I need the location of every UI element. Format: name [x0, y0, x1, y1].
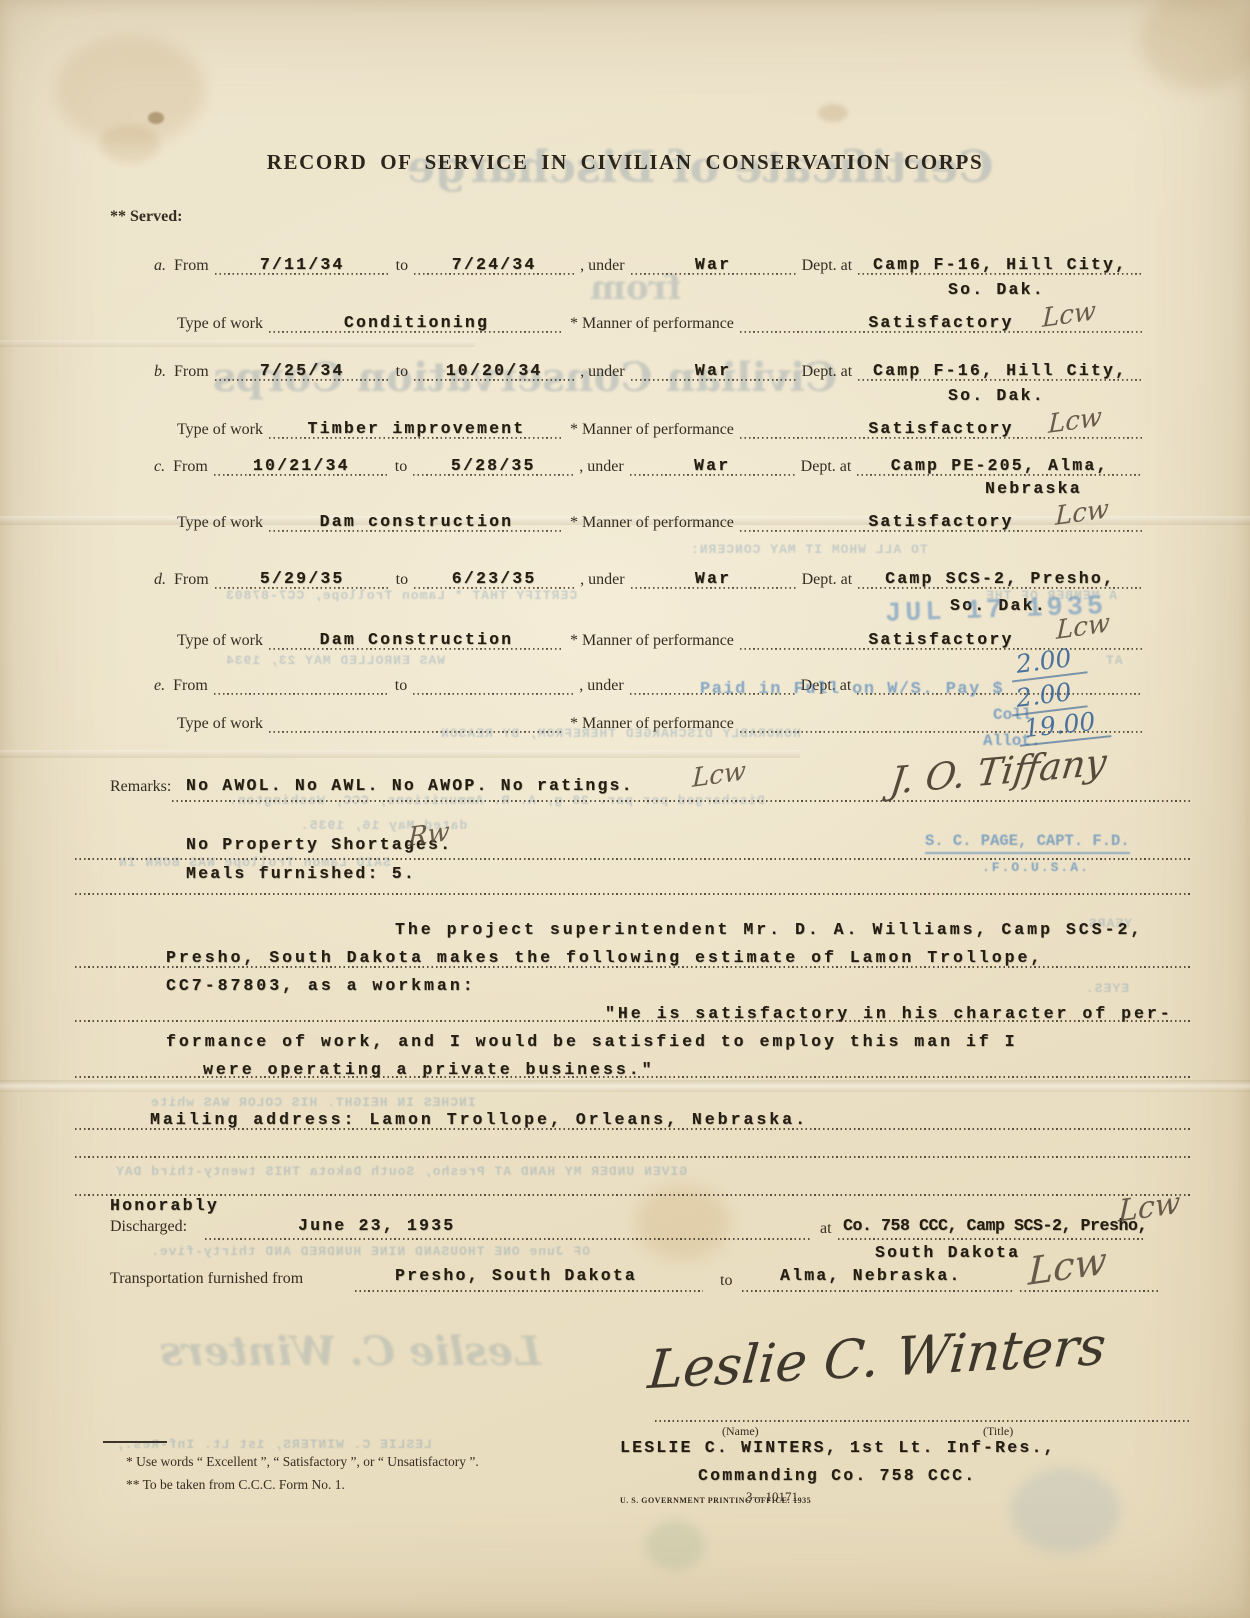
manner-label: * Manner of performance	[570, 632, 734, 650]
estimate-line1: The project superintendent Mr. D. A. Wil…	[395, 920, 1143, 939]
bleedthrough-line: OF June ONE THOUSAND NINE HUNDRED AND th…	[150, 1244, 590, 1259]
form-number: 3—10171	[746, 1489, 798, 1505]
commander-signature-script: Leslie C. Winters	[646, 1316, 1109, 1401]
commander-typed-title: Commanding Co. 758 CCC.	[698, 1466, 976, 1485]
officer-name-stamp: S. C. PAGE, CAPT. F.D.	[925, 832, 1130, 854]
dept-entry-line2: So. Dak.	[948, 386, 1045, 405]
paid-in-full-stamp: Paid in Full on W/S. Pay $	[700, 680, 1004, 699]
discharge-location-line2: South Dakota	[875, 1243, 1020, 1262]
crease-3	[0, 1080, 1250, 1092]
dept-label: Dept. at	[801, 458, 852, 476]
manner-label: * Manner of performance	[570, 421, 734, 439]
transport-label: Transportation furnished from	[110, 1270, 303, 1288]
stain-spot	[148, 112, 164, 124]
under-label: , under	[580, 363, 624, 381]
discharge-date: June 23, 1935	[298, 1216, 455, 1235]
from-entry	[214, 670, 389, 695]
from-label: From	[174, 571, 209, 589]
footnote-1: * Use words “ Excellent ”, “ Satisfactor…	[126, 1454, 479, 1470]
dept-entry: Camp F-16, Hill City,	[858, 250, 1142, 275]
estimate-line3: CC7-87803, as a workman:	[166, 976, 476, 995]
officer-org-stamp: .F.O.U.S.A.	[982, 860, 1090, 875]
bleedthrough-line: INCHES IN HEIGHT. HIS COLOR WAS white	[150, 1095, 476, 1110]
row-letter: d.	[154, 571, 166, 589]
title-caption: (Title)	[983, 1424, 1013, 1439]
served-label: ** Served:	[110, 208, 182, 226]
from-label: From	[173, 458, 208, 476]
work-row-a: Type of work Conditioning * Manner of pe…	[177, 308, 1142, 333]
estimate-line2: Presho, South Dakota makes the following…	[166, 948, 1043, 967]
dept-entry: Camp PE-205, Alma,	[857, 451, 1142, 476]
under-entry: War	[631, 250, 796, 275]
bleedthrough-line: LESLIE C. WINTERS, 1st Lt. Inf-Res.,	[115, 1437, 432, 1452]
stain-spot-3	[818, 104, 848, 122]
dept-label: Dept. at	[802, 363, 853, 381]
to-label: to	[396, 257, 408, 275]
from-entry: 7/11/34	[215, 250, 390, 275]
to-entry: 6/23/35	[414, 564, 574, 589]
at-label: at	[820, 1220, 832, 1238]
handwritten-initials: Lcw	[1028, 1238, 1108, 1294]
discharge-location: Co. 758 CCC, Camp SCS-2, Presho,	[843, 1216, 1147, 1235]
stain-middle	[635, 1185, 730, 1260]
dotted-rule	[742, 1290, 1012, 1292]
to-entry: 7/24/34	[414, 250, 574, 275]
under-label: , under	[579, 458, 623, 476]
transport-from: Presho, South Dakota	[395, 1266, 637, 1285]
dept-entry: Camp SCS-2, Presho,	[858, 564, 1142, 589]
bleedthrough-line: CERTIFY THAT * Lamon Trollope, CC7-87803	[225, 588, 577, 603]
form-title: RECORD OF SERVICE IN CIVILIAN CONSERVATI…	[0, 150, 1250, 175]
from-entry: 10/21/34	[214, 451, 389, 476]
dotted-rule	[75, 893, 1190, 895]
work-row-d: Type of work Dam Construction * Manner o…	[177, 625, 1142, 650]
footnote-separator	[103, 1441, 167, 1443]
bleedthrough-line: GIVEN UNDER MY HAND AT Presho, South Dak…	[115, 1164, 687, 1179]
bleedthrough-line: EYES.	[1085, 981, 1129, 996]
crease-4	[0, 340, 475, 347]
dotted-rule	[205, 1238, 812, 1240]
dotted-rule	[655, 1420, 1190, 1422]
to-entry	[413, 670, 573, 695]
handwritten-initials: Lcw	[1118, 1185, 1181, 1229]
smudge-bottom-center	[645, 1520, 705, 1570]
to-entry: 5/28/35	[413, 451, 573, 476]
handwritten-initials: Lcw	[692, 756, 747, 794]
bleedthrough-line: TO ALL WHOM IT MAY CONCERN:	[690, 542, 928, 557]
dept-entry: Camp F-16, Hill City,	[858, 356, 1142, 381]
commander-typed-name: LESLIE C. WINTERS, 1st Lt. Inf-Res.,	[620, 1438, 1056, 1457]
service-row-b: b. From 7/25/34 to 10/20/34 , under War …	[148, 356, 1142, 381]
bleedthrough-line: AT	[1105, 653, 1123, 668]
under-entry: War	[631, 356, 796, 381]
to-label: to	[396, 571, 408, 589]
remarks-label: Remarks:	[110, 778, 171, 796]
meals-line: Meals furnished: 5.	[186, 864, 416, 883]
dotted-rule	[75, 1194, 1190, 1196]
footnote-2: ** To be taken from C.C.C. Form No. 1.	[126, 1477, 345, 1493]
work-row-c: Type of work Dam construction * Manner o…	[177, 507, 1142, 532]
discharged-label: Discharged:	[110, 1218, 187, 1236]
name-caption: (Name)	[722, 1424, 759, 1439]
to-label: to	[395, 677, 407, 695]
to-entry: 10/20/34	[414, 356, 574, 381]
dotted-rule	[75, 1076, 1190, 1078]
manner-label: * Manner of performance	[570, 514, 734, 532]
dotted-rule	[172, 800, 1190, 802]
handwritten-initials: Rw	[408, 817, 450, 853]
mailing-address: Mailing address: Lamon Trollope, Orleans…	[150, 1110, 808, 1129]
work-label: Type of work	[177, 514, 263, 532]
manner-label: * Manner of performance	[570, 315, 734, 333]
from-label: From	[174, 363, 209, 381]
work-entry: Conditioning	[269, 308, 564, 333]
under-entry: War	[631, 564, 796, 589]
transport-to-label: to	[720, 1272, 732, 1290]
row-letter: e.	[154, 677, 165, 695]
work-entry: Dam construction	[269, 507, 564, 532]
crease-2	[0, 750, 800, 758]
under-label: , under	[579, 677, 623, 695]
transport-to: Alma, Nebraska.	[780, 1266, 962, 1285]
row-letter: c.	[154, 458, 165, 476]
work-label: Type of work	[177, 715, 263, 733]
officer-signature-script: J. O. Tiffany	[888, 740, 1109, 803]
work-entry	[269, 708, 564, 733]
document-page: Certificate of Discharge from Civilian C…	[0, 0, 1250, 1618]
from-entry: 7/25/34	[215, 356, 390, 381]
work-label: Type of work	[177, 315, 263, 333]
dotted-rule	[75, 1128, 1190, 1130]
work-entry: Timber improvement	[269, 414, 564, 439]
under-entry: War	[630, 451, 795, 476]
to-label: to	[395, 458, 407, 476]
dept-entry-line2: So. Dak.	[948, 280, 1045, 299]
bleedthrough-signature: Leslie C. Winters	[160, 1328, 541, 1375]
row-letter: b.	[154, 363, 166, 381]
dotted-rule	[355, 1290, 703, 1292]
manner-label: * Manner of performance	[570, 715, 734, 733]
under-label: , under	[580, 257, 624, 275]
under-label: , under	[580, 571, 624, 589]
work-label: Type of work	[177, 421, 263, 439]
work-label: Type of work	[177, 632, 263, 650]
dotted-rule	[75, 1156, 1190, 1158]
dept-entry-line2: Nebraska	[985, 479, 1082, 498]
stain-top-left	[55, 35, 205, 145]
dotted-rule	[75, 1020, 1190, 1022]
dept-label: Dept. at	[802, 257, 853, 275]
remarks-line1: No AWOL. No AWL. No AWOP. No ratings.	[186, 776, 634, 795]
honorably-typed: Honorably	[110, 1196, 219, 1215]
service-row-c: c. From 10/21/34 to 5/28/35 , under War …	[148, 451, 1142, 476]
from-entry: 5/29/35	[215, 564, 390, 589]
stain-top-right	[1140, 0, 1250, 90]
estimate-line5: formance of work, and I would be satisfi…	[166, 1032, 1018, 1051]
bleedthrough-line: WAS ENROLLED MAY 23, 1934	[225, 653, 445, 668]
work-row-b: Type of work Timber improvement * Manner…	[177, 414, 1142, 439]
work-entry: Dam Construction	[269, 625, 564, 650]
dept-label: Dept. at	[802, 571, 853, 589]
service-row-a: a. From 7/11/34 to 7/24/34 , under War D…	[148, 250, 1142, 275]
to-label: to	[396, 363, 408, 381]
row-letter: a.	[154, 257, 166, 275]
smudge-bottom-right	[1010, 1468, 1120, 1553]
from-label: From	[174, 257, 209, 275]
service-row-d: d. From 5/29/35 to 6/23/35 , under War D…	[148, 564, 1142, 589]
from-label: From	[173, 677, 208, 695]
